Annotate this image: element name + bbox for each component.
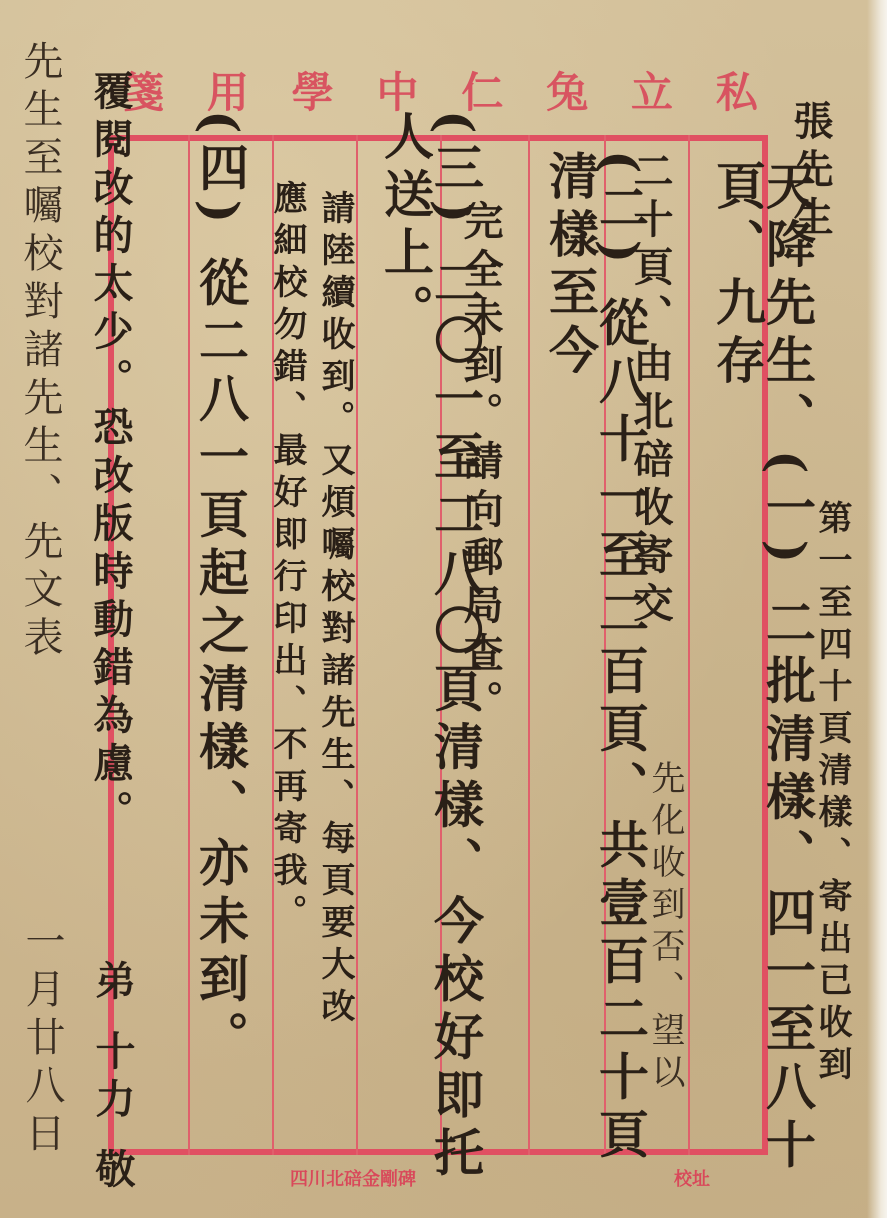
letter-column: 覆閱改的太少。恐改版時動錯為慮。 bbox=[90, 70, 130, 838]
letter-column: (二) 從八十一至二百頁、共壹百二十頁清樣至今 bbox=[545, 150, 645, 1218]
letter-column-note: 先化收到否、望以 bbox=[648, 760, 682, 1096]
column-rule bbox=[528, 135, 530, 1155]
letter-column: 請陸續收到。又煩囑校對諸先生、每頁要大改 bbox=[318, 190, 352, 1030]
column-rule bbox=[688, 135, 690, 1155]
letterhead-char: 兔 bbox=[544, 60, 590, 120]
letter-column: 應細校勿錯、最好即行印出、不再寄我。 bbox=[270, 180, 304, 936]
column-rule bbox=[356, 135, 358, 1155]
letter-date: 一月廿八日 bbox=[22, 920, 62, 1160]
paper-edge bbox=[867, 0, 887, 1218]
letter-column: (四) 從二八一頁起之清樣、亦未到。 bbox=[195, 110, 245, 1069]
letterhead-char: 立 bbox=[629, 60, 675, 120]
signature: 弟 十力 敬 bbox=[92, 960, 132, 1196]
letter-page: 私 立 兔 仁 中 學 用 箋 校址 四川北碚金剛碑 張先生 第一至四十頁清樣、… bbox=[0, 0, 887, 1218]
letter-column: (三) 二〇一至二八〇頁清樣、今校好即托人送上。 bbox=[380, 110, 480, 1218]
footer-label: 校址 bbox=[674, 1165, 710, 1191]
letterhead-char: 私 bbox=[714, 60, 760, 120]
letter-column: 天降先生、(一) 二批清樣、四一至八十頁、九存 bbox=[712, 160, 812, 1218]
letterhead-footer: 校址 四川北碚金剛碑 bbox=[290, 1165, 710, 1191]
letterhead-char: 學 bbox=[290, 60, 336, 120]
letter-column: 先生至囑校對諸先生、先文表 bbox=[20, 40, 60, 664]
letter-column: 第一至四十頁清樣、寄出已收到 bbox=[815, 500, 849, 1088]
column-rule bbox=[188, 135, 190, 1155]
